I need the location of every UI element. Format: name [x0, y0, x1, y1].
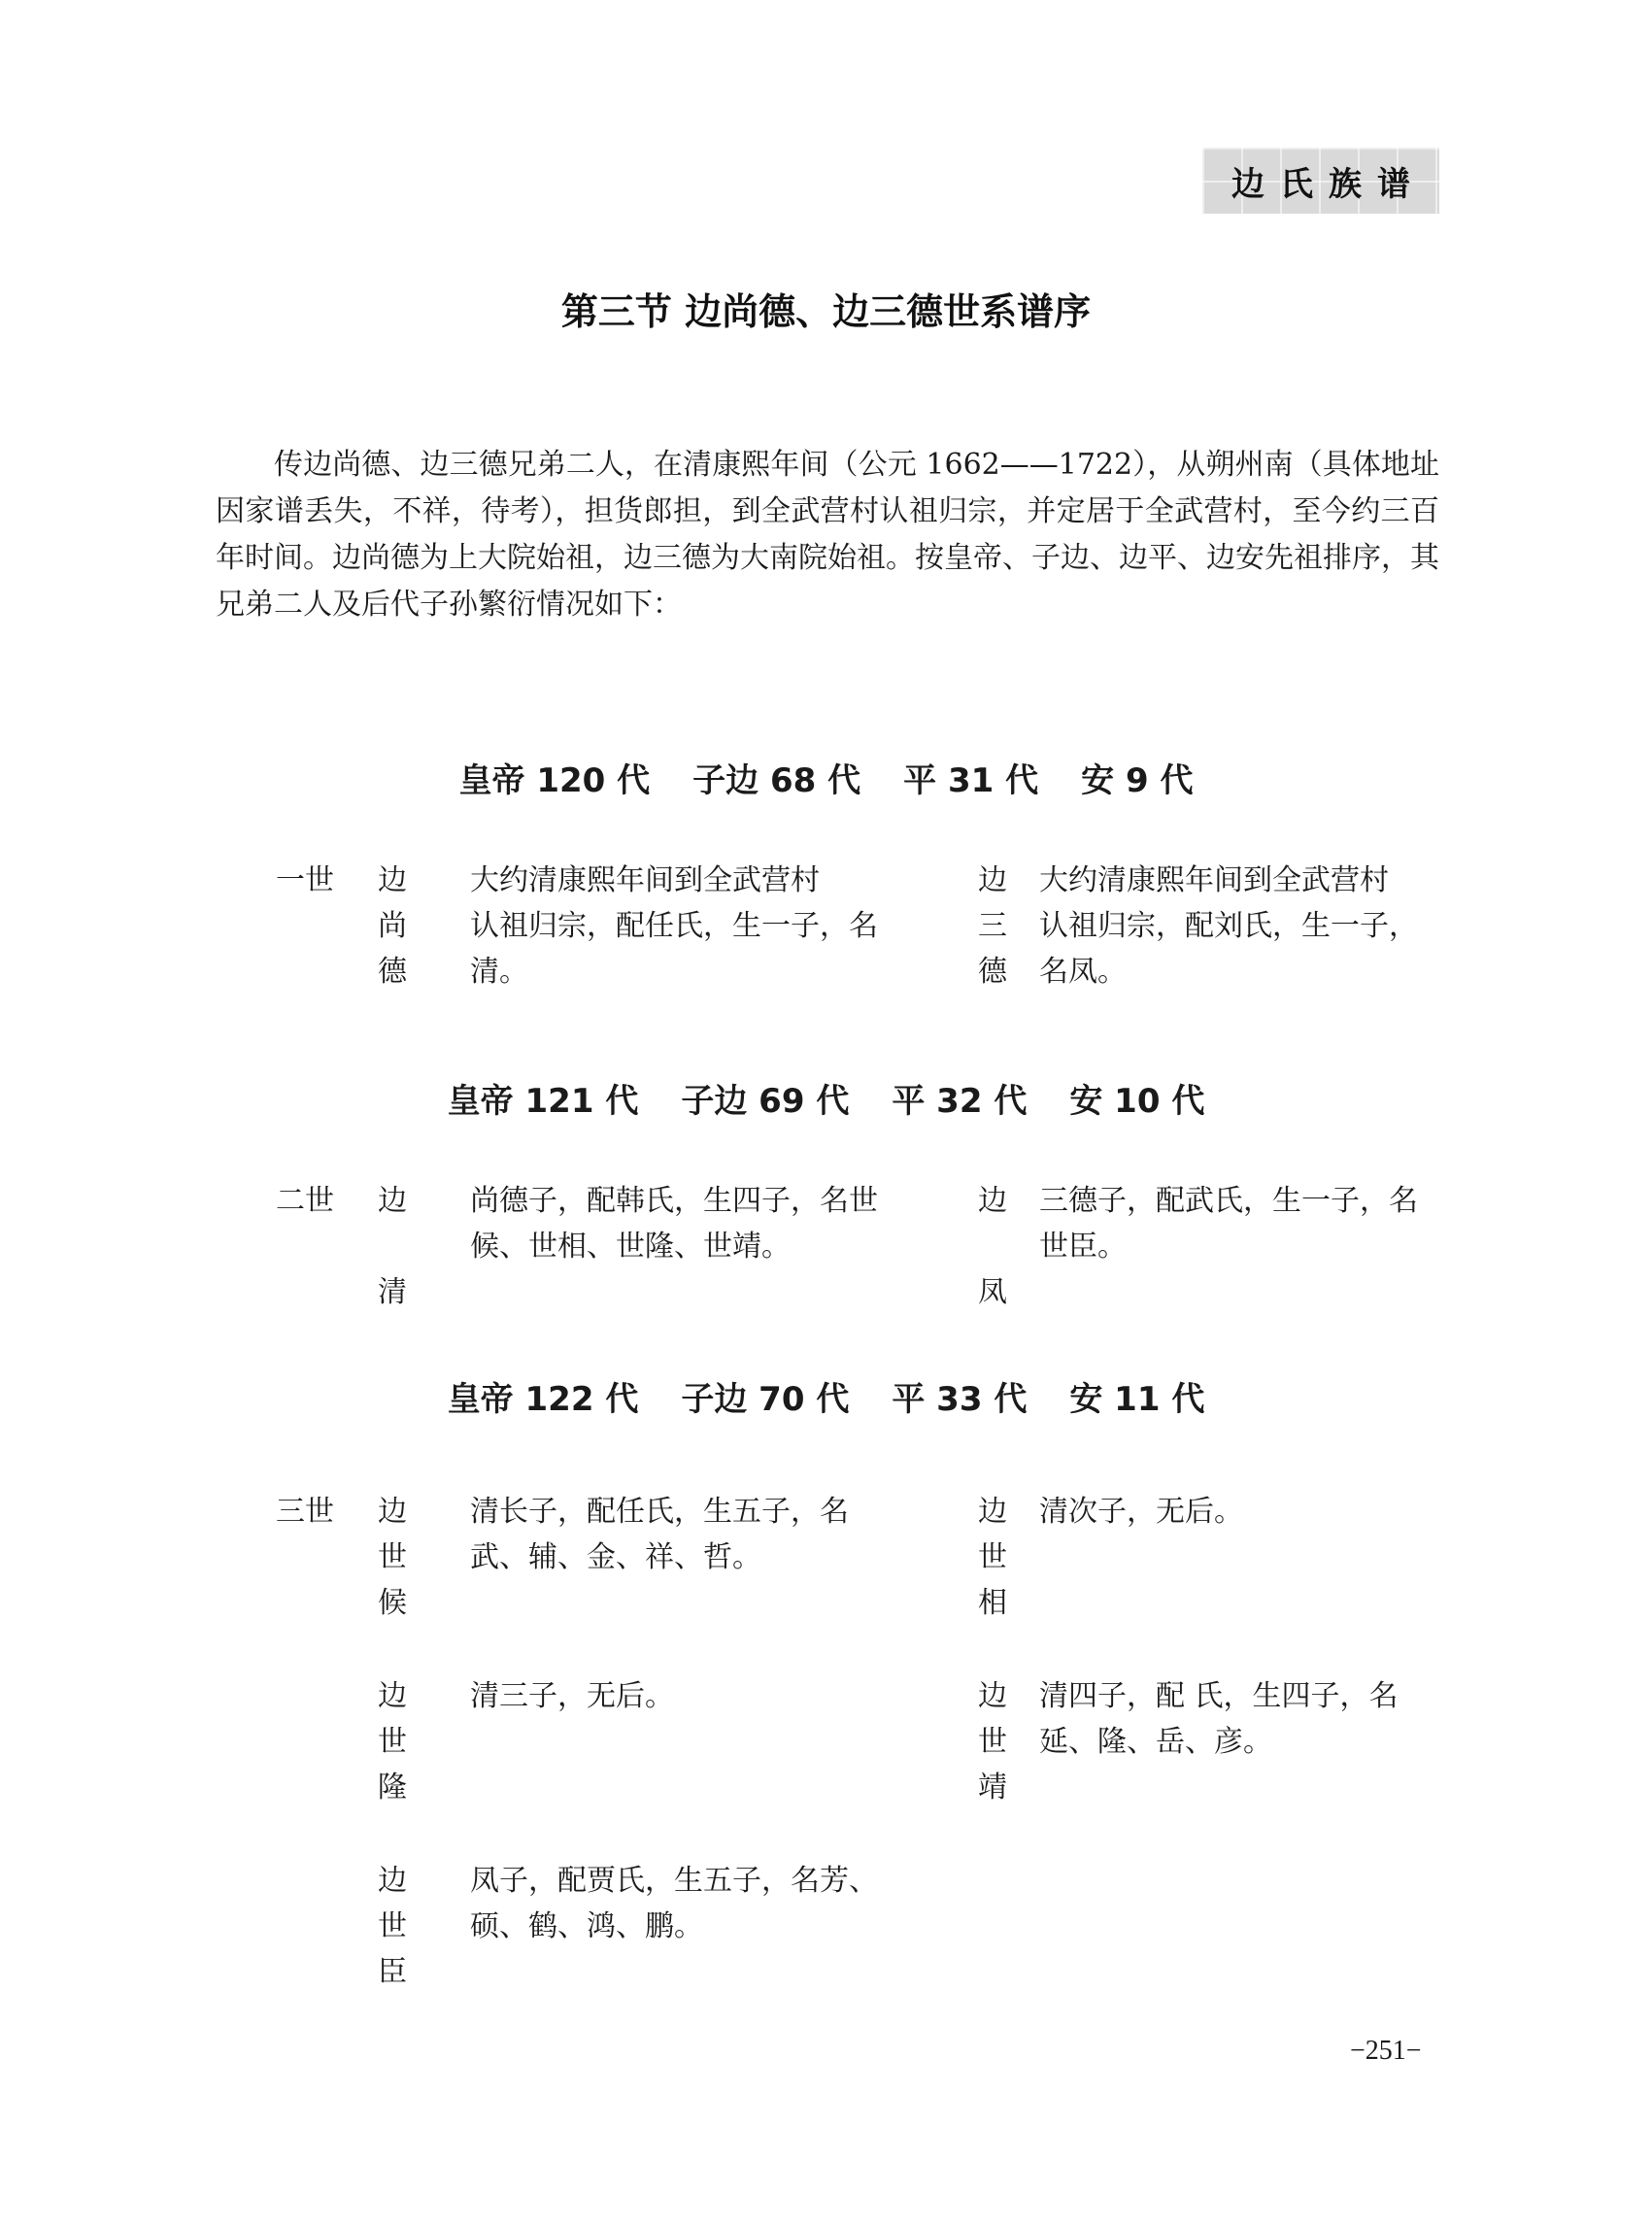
- emperor-gen: 皇帝 120 代: [459, 761, 651, 800]
- generation-header-3: 皇帝 122 代子边 70 代平 33 代安 11 代: [0, 1372, 1652, 1420]
- generation-header-2: 皇帝 121 代子边 69 代平 32 代安 10 代: [0, 1074, 1652, 1122]
- person-name: 边世靖: [973, 1673, 1012, 1810]
- person-description: 凤子，配贾氏，生五子，名芳、硕、鹤、鸿、鹏。: [470, 1858, 927, 1949]
- generation-header-1: 皇帝 120 代子边 68 代平 31 代安 9 代: [0, 754, 1652, 801]
- person-name: 边世候: [373, 1489, 412, 1626]
- zibian-gen: 子边 68 代: [692, 761, 860, 800]
- person-name: 边三德: [973, 858, 1012, 995]
- person-description: 大约清康熙年间到全武营村认祖归宗，配刘氏，生一子，名凤。: [1039, 858, 1457, 995]
- person-name: 边清: [373, 1178, 412, 1315]
- section-title: 第三节 边尚德、边三德世系谱序: [0, 282, 1652, 335]
- ping-gen: 平 33 代: [892, 1380, 1027, 1419]
- person-description: 清次子，无后。: [1039, 1489, 1457, 1535]
- ping-gen: 平 32 代: [892, 1082, 1027, 1121]
- ping-gen: 平 31 代: [903, 761, 1038, 800]
- person-name: 边世相: [973, 1489, 1012, 1626]
- generation-label: 二世: [276, 1178, 354, 1224]
- person-name: 边世臣: [373, 1858, 412, 1995]
- zibian-gen: 子边 69 代: [681, 1082, 849, 1121]
- an-gen: 安 10 代: [1069, 1082, 1204, 1121]
- person-name: 边尚德: [373, 858, 412, 995]
- page-number: −251−: [1350, 2036, 1422, 2067]
- running-header: 边氏族谱: [1202, 148, 1439, 214]
- intro-paragraph: 传边尚德、边三德兄弟二人，在清康熙年间（公元 1662——1722），从朔州南（…: [216, 442, 1439, 628]
- emperor-gen: 皇帝 121 代: [448, 1082, 639, 1121]
- person-description: 大约清康熙年间到全武营村认祖归宗，配任氏，生一子，名清。: [470, 858, 917, 995]
- an-gen: 安 11 代: [1069, 1380, 1204, 1419]
- generation-label: 三世: [276, 1489, 354, 1535]
- person-description: 三德子，配武氏，生一子，名世臣。: [1039, 1178, 1457, 1269]
- generation-label: 一世: [276, 858, 354, 903]
- person-name: 边世隆: [373, 1673, 412, 1810]
- person-description: 清三子，无后。: [470, 1673, 917, 1719]
- person-description: 清长子，配任氏，生五子，名武、辅、金、祥、哲。: [470, 1489, 917, 1580]
- zibian-gen: 子边 70 代: [681, 1380, 849, 1419]
- emperor-gen: 皇帝 122 代: [448, 1380, 639, 1419]
- person-name: 边凤: [973, 1178, 1012, 1315]
- running-header-text: 边氏族谱: [1216, 157, 1426, 205]
- person-description: 清四子，配 氏，生四子，名延、隆、岳、彦。: [1039, 1673, 1457, 1765]
- an-gen: 安 9 代: [1081, 761, 1193, 800]
- person-description: 尚德子，配韩氏，生四子，名世候、世相、世隆、世靖。: [470, 1178, 917, 1269]
